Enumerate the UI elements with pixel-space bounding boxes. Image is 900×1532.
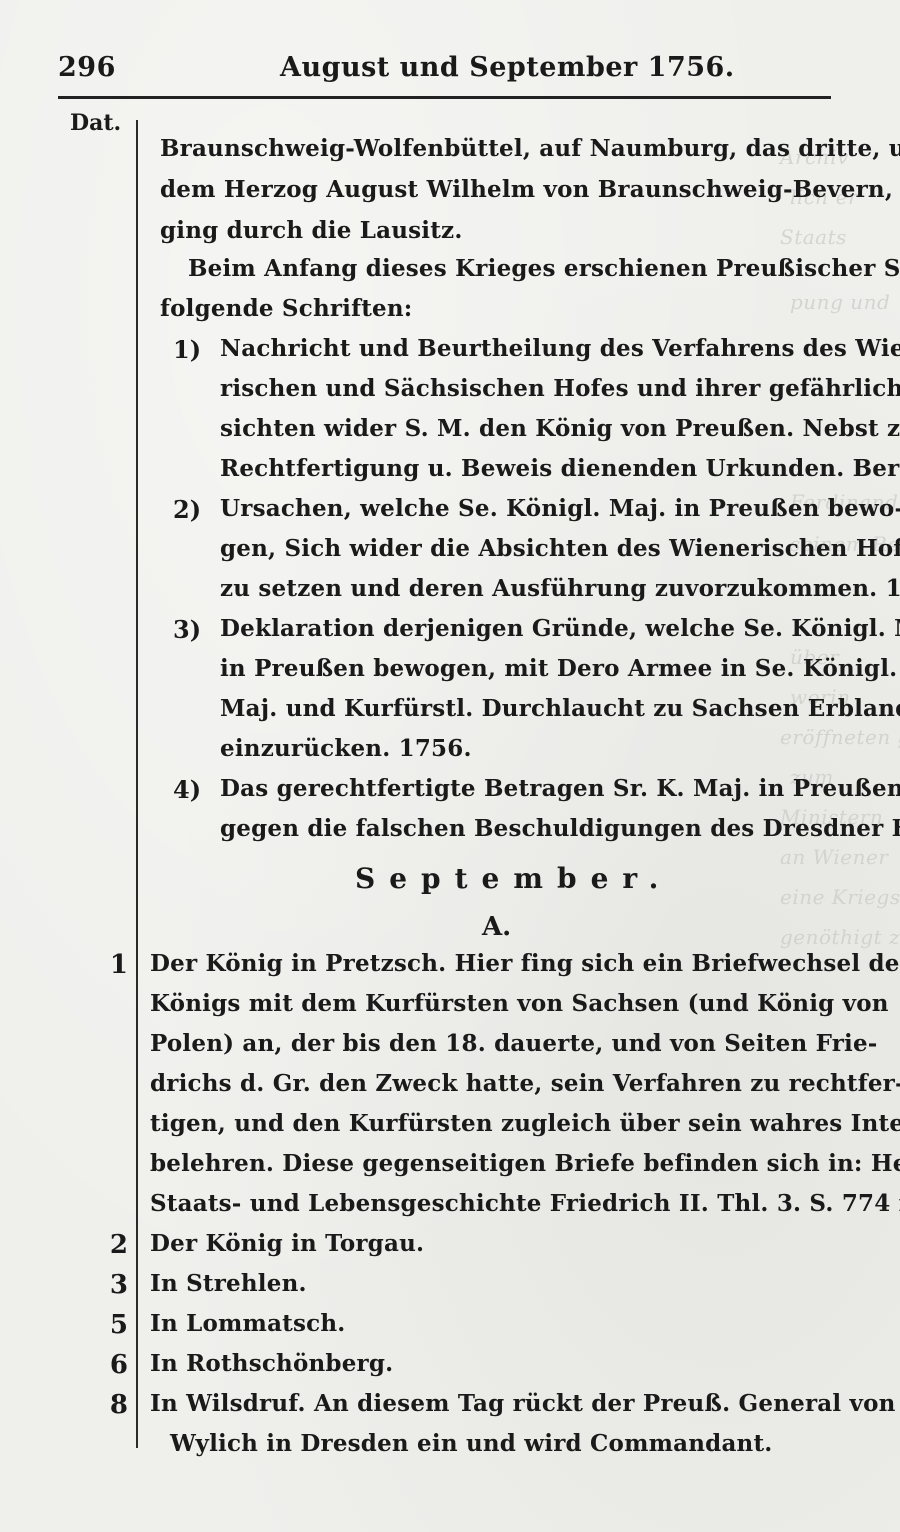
entry-date: 2 xyxy=(100,1230,128,1260)
text-line: Maj. und Kurfürstl. Durchlaucht zu Sachs… xyxy=(220,695,832,722)
text-line: einzurücken. 1756. xyxy=(220,735,472,762)
entry-date: 3 xyxy=(100,1270,128,1300)
entry-date: 1 xyxy=(100,950,128,980)
text-line: Der König in Pretzsch. Hier fing sich ei… xyxy=(150,950,832,977)
entry-date: 8 xyxy=(100,1390,128,1420)
date-column-label: Dat. xyxy=(70,110,121,136)
text-line: rischen und Sächsischen Hofes und ihrer … xyxy=(220,375,832,402)
section-title: September. xyxy=(355,862,672,895)
list-number: 2) xyxy=(173,495,201,524)
list-number: 1) xyxy=(173,335,201,364)
text-line: Braunschweig-Wolfenbüttel, auf Naumburg,… xyxy=(160,135,832,162)
list-number: 4) xyxy=(173,775,201,804)
section-subtitle: A. xyxy=(482,912,511,942)
text-line: Beim Anfang dieses Krieges erschienen Pr… xyxy=(188,255,832,282)
text-line: zu setzen und deren Ausführung zuvorzuko… xyxy=(220,575,832,602)
text-line: ging durch die Lausitz. xyxy=(160,217,463,244)
text-line: In Lommatsch. xyxy=(150,1310,345,1337)
text-line: drichs d. Gr. den Zweck hatte, sein Verf… xyxy=(150,1070,832,1097)
bleed-through-text: eine Kriegs- xyxy=(780,885,900,909)
bleed-through-text: pung und xyxy=(790,290,890,314)
text-line: Königs mit dem Kurfürsten von Sachsen (u… xyxy=(150,990,832,1017)
list-number: 3) xyxy=(173,615,201,644)
entry-date: 5 xyxy=(100,1310,128,1340)
text-line: Nachricht und Beurtheilung des Verfahren… xyxy=(220,335,832,362)
bleed-through-text: an Wiener xyxy=(780,845,888,869)
date-column-rule xyxy=(136,120,138,1448)
bleed-through-text: eröffneten ge xyxy=(780,725,900,749)
text-line: Rechtfertigung u. Beweis dienenden Urkun… xyxy=(220,455,832,482)
header-rule xyxy=(58,96,831,99)
text-line: Polen) an, der bis den 18. dauerte, und … xyxy=(150,1030,832,1057)
text-line: folgende Schriften: xyxy=(160,295,413,322)
entry-date: 6 xyxy=(100,1350,128,1380)
text-line: in Preußen bewogen, mit Dero Armee in Se… xyxy=(220,655,832,682)
text-line: gegen die falschen Beschuldigungen des D… xyxy=(220,815,832,842)
text-line: In Rothschönberg. xyxy=(150,1350,393,1377)
text-line: gen, Sich wider die Absichten des Wiener… xyxy=(220,535,832,562)
book-page: Archiv lich er Staats pung und Ferdinand… xyxy=(0,0,900,1532)
text-line: Staats- und Lebensgeschichte Friedrich I… xyxy=(150,1190,832,1217)
text-line: tigen, und den Kurfürsten zugleich über … xyxy=(150,1110,832,1137)
text-line: In Wilsdruf. An diesem Tag rückt der Pre… xyxy=(150,1390,832,1417)
bleed-through-text: Staats xyxy=(780,225,847,249)
text-line: Deklaration derjenigen Gründe, welche Se… xyxy=(220,615,832,642)
page-header: 296 August und September 1756. xyxy=(0,0,900,100)
page-number: 296 xyxy=(58,52,116,83)
bleed-through-text: genöthigt zu xyxy=(780,925,900,949)
text-line: Der König in Torgau. xyxy=(150,1230,424,1257)
text-line: Wylich in Dresden ein und wird Commandan… xyxy=(170,1430,773,1457)
text-line: Das gerechtfertigte Betragen Sr. K. Maj.… xyxy=(220,775,832,802)
text-line: Ursachen, welche Se. Königl. Maj. in Pre… xyxy=(220,495,832,522)
text-line: In Strehlen. xyxy=(150,1270,307,1297)
text-line: sichten wider S. M. den König von Preuße… xyxy=(220,415,832,442)
text-line: belehren. Diese gegenseitigen Briefe bef… xyxy=(150,1150,832,1177)
running-head: August und September 1756. xyxy=(280,52,735,83)
text-line: dem Herzog August Wilhelm von Braunschwe… xyxy=(160,176,832,203)
